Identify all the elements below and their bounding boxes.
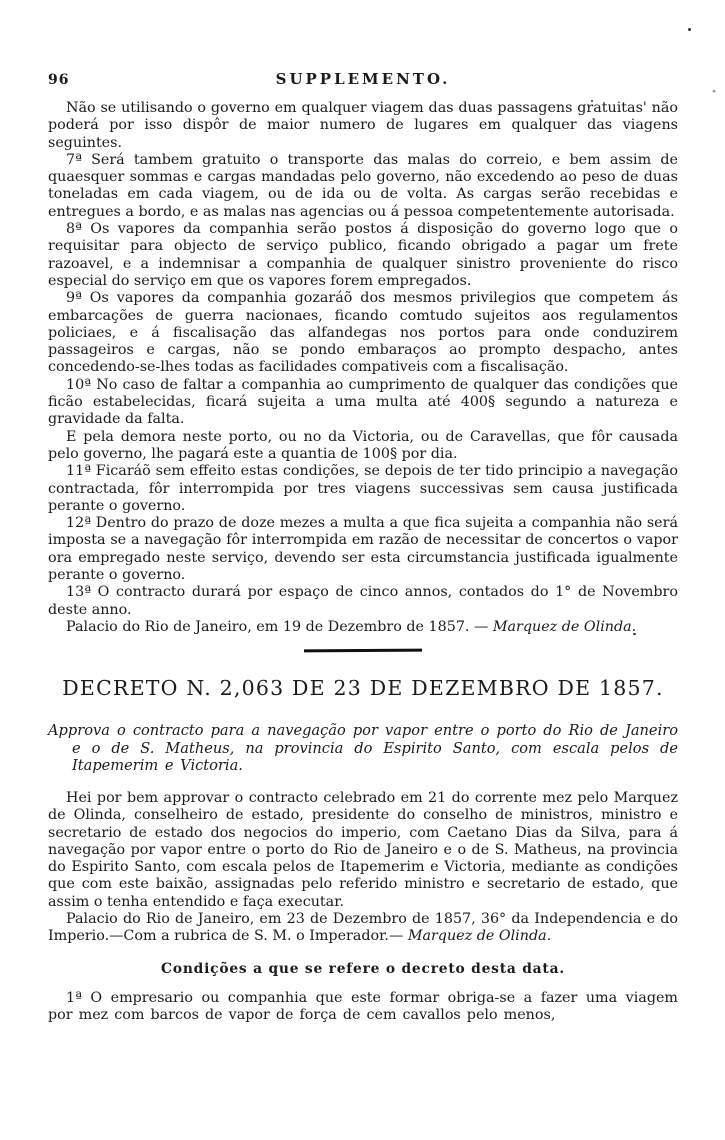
scan-artifact: " [712,90,716,100]
paragraph: 7ª Será tambem gratuito o transporte das… [48,152,678,221]
paragraph: 11ª Ficaráõ sem effeito estas condições,… [48,463,678,515]
paragraph: 12ª Dentro do prazo de doze mezes a mult… [48,515,678,584]
page-header: 96 SUPPLEMENTO. [48,70,678,96]
paragraph: 13ª O contracto durará por espaço de cin… [48,584,678,619]
paragraph: 10ª No caso de faltar a companhia ao cum… [48,377,678,429]
paragraph: E pela demora neste porto, ou no da Vict… [48,429,678,464]
conditions-subhead: Condições a que se refere o decreto dest… [48,961,678,977]
scan-artifact [633,633,636,635]
scan-artifact [688,28,691,31]
decree-dateline-signature: Palacio do Rio de Janeiro, em 23 de Deze… [48,911,678,946]
document-page: 96 SUPPLEMENTO. Não se utilisando o gove… [0,0,725,1140]
page-number: 96 [48,72,69,88]
signature-name: Marquez de Olinda. [408,928,551,944]
scan-artifact [591,100,593,102]
paragraph: 8ª Os vapores da companhia serão postos … [48,221,678,290]
dateline-signature: Palacio do Rio de Janeiro, em 19 de Deze… [48,619,678,636]
decree-summary: Approva o contracto para a navegação por… [48,722,678,775]
contract-conditions-section: Não se utilisando o governo em qualquer … [48,100,678,636]
paragraph: Não se utilisando o governo em qualquer … [48,100,678,152]
running-title: SUPPLEMENTO. [48,70,678,88]
section-divider-rule [304,649,422,653]
decree-body-paragraph: Hei por bem approvar o contracto celebra… [48,790,678,911]
dateline-text: Palacio do Rio de Janeiro, em 19 de Deze… [66,619,493,635]
decree-body-section: Hei por bem approvar o contracto celebra… [48,790,678,946]
signature-name: Marquez de Olinda. [493,619,636,635]
first-condition-paragraph: 1ª O empresario ou companhia que este fo… [48,990,678,1025]
paragraph: 9ª Os vapores da companhia gozaráõ dos m… [48,290,678,376]
decree-title: DECRETO N. 2,063 DE 23 DE DEZEMBRO DE 18… [48,676,678,700]
dateline-text: Palacio do Rio de Janeiro, em 23 de Deze… [48,911,678,944]
